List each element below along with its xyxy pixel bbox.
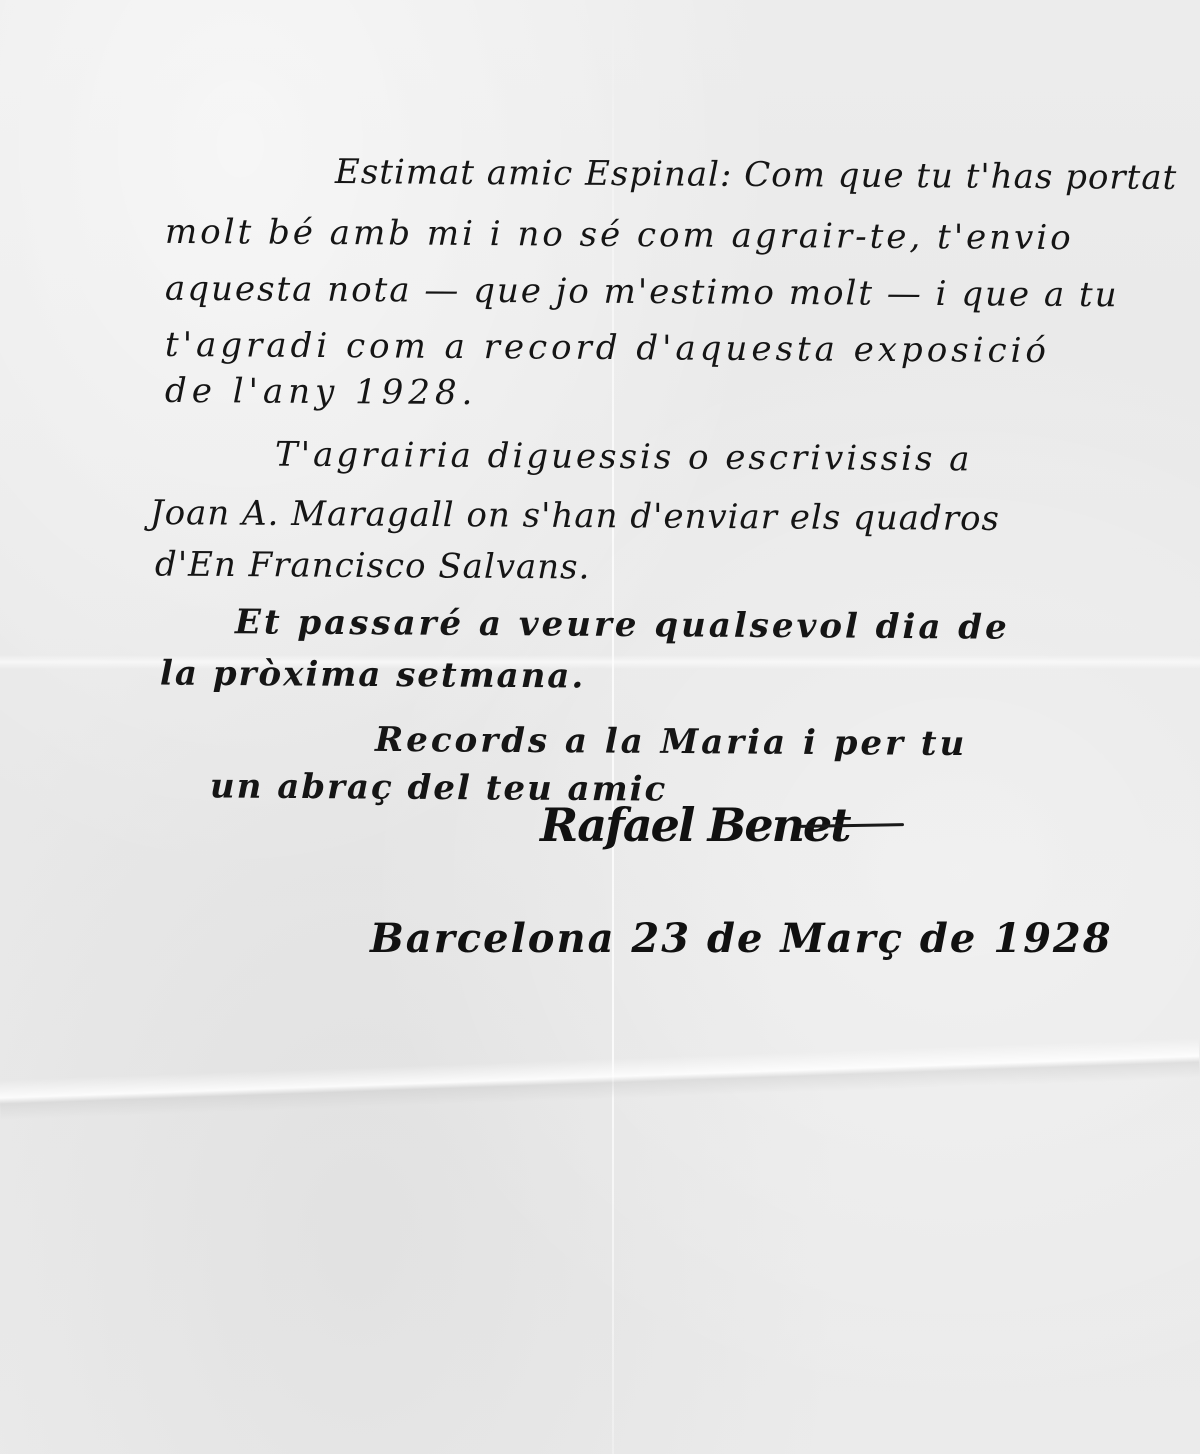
paragraph3-line-1: Et passaré a veure qualsevol dia de: [235, 602, 1010, 647]
paragraph3-line-2: la pròxima setmana.: [160, 654, 586, 697]
body-line-1: molt bé amb mi i no sé com agrair-te, t'…: [165, 212, 1074, 258]
horizontal-fold-crease-lower: [0, 1038, 1200, 1120]
paragraph2-line-3: d'En Francisco Salvans.: [155, 544, 591, 587]
paragraph2-line-2: Joan A. Maragall on s'han d'enviar els q…: [150, 493, 1000, 539]
letter-page: Estimat amic Espinal: Com que tu t'has p…: [0, 0, 1200, 1454]
paragraph2-line-1: T'agrairia diguessis o escrivissis a: [275, 435, 973, 480]
body-line-3: t'agradi com a record d'aquesta exposici…: [165, 325, 1050, 371]
body-line-2: aquesta nota — que jo m'estimo molt — i …: [165, 269, 1119, 316]
place-date-line: Barcelona 23 de Març de 1928: [370, 915, 1113, 962]
signature-flourish: [800, 823, 904, 828]
closing-line-1: Records a la Maria i per tu: [375, 720, 968, 764]
salutation-line: Estimat amic Espinal: Com que tu t'has p…: [335, 152, 1178, 198]
body-line-4: de l'any 1928.: [165, 371, 478, 413]
